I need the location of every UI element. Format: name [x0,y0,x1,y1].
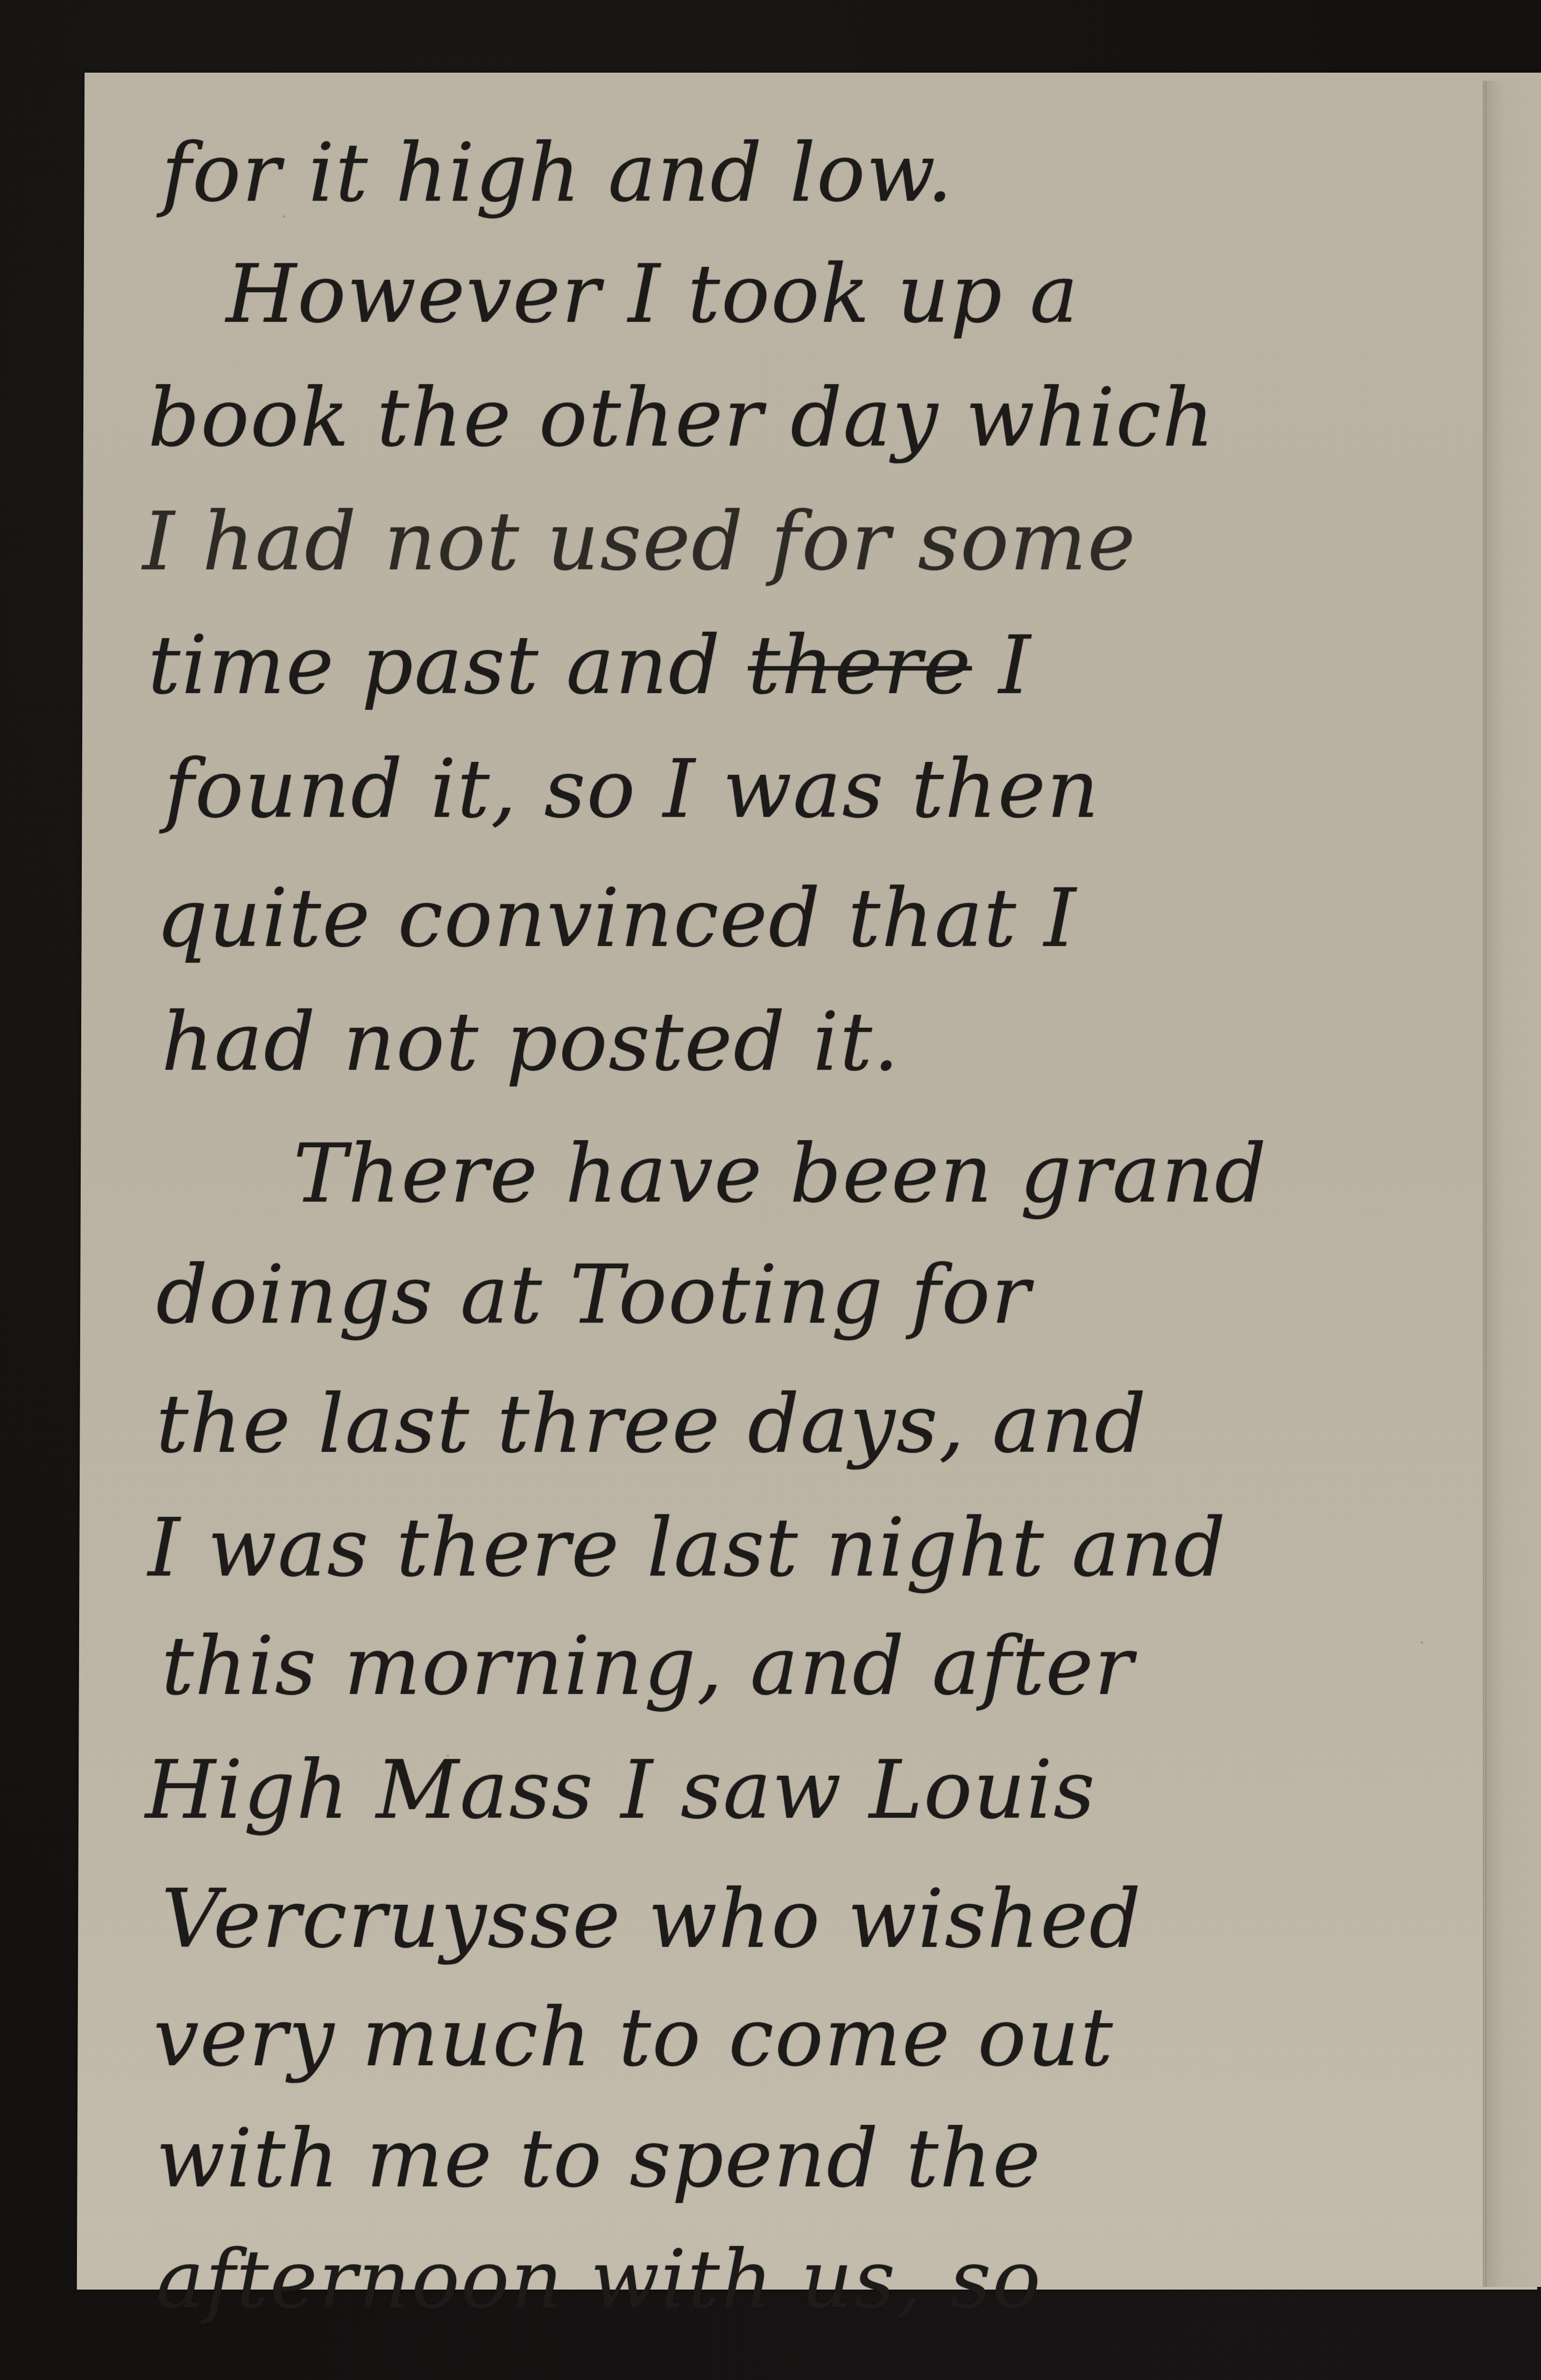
letter-line-5-start: time past and [148,619,748,712]
letter-line-10: doings at Tooting for [156,1248,1031,1342]
letter-line-4: I had not used for some [143,495,1136,589]
letter-line-16: very much to come out [153,1991,1114,2085]
letter-line-9: There have been grand [293,1127,1267,1221]
paper-speck [282,215,285,218]
paper-speck [850,1022,853,1025]
letter-line-5: time past and there I [148,619,1031,712]
handwritten-text: for it high and low. However I took up a… [0,0,1541,2380]
paper-speck [1420,1641,1423,1644]
letter-line-7: quite convinced that I [156,872,1077,965]
letter-line-17: with me to spend the [156,2112,1042,2206]
letter-line-3: book the other day which [148,371,1215,465]
letter-line-14: High Mass I saw Louis [145,1743,1096,1837]
letter-line-1: for it high and low. [161,126,953,220]
letter-line-5-end: I [972,619,1031,712]
letter-line-2: However I took up a [226,248,1079,341]
letter-line-8: had not posted it. [161,995,900,1089]
letter-line-15: Vercruysse who wished [161,1873,1142,1966]
letter-line-13: this morning, and after [161,1620,1134,1713]
letter-line-6: found it, so I was then [164,743,1100,836]
letter-line-11: the last three days, and [156,1378,1147,1471]
paper-speck [447,1754,449,1757]
struck-out-word: there [748,619,972,712]
letter-line-18: afternoon with us, so [156,2233,1042,2327]
letter-line-12: I was there last night and [148,1501,1227,1595]
